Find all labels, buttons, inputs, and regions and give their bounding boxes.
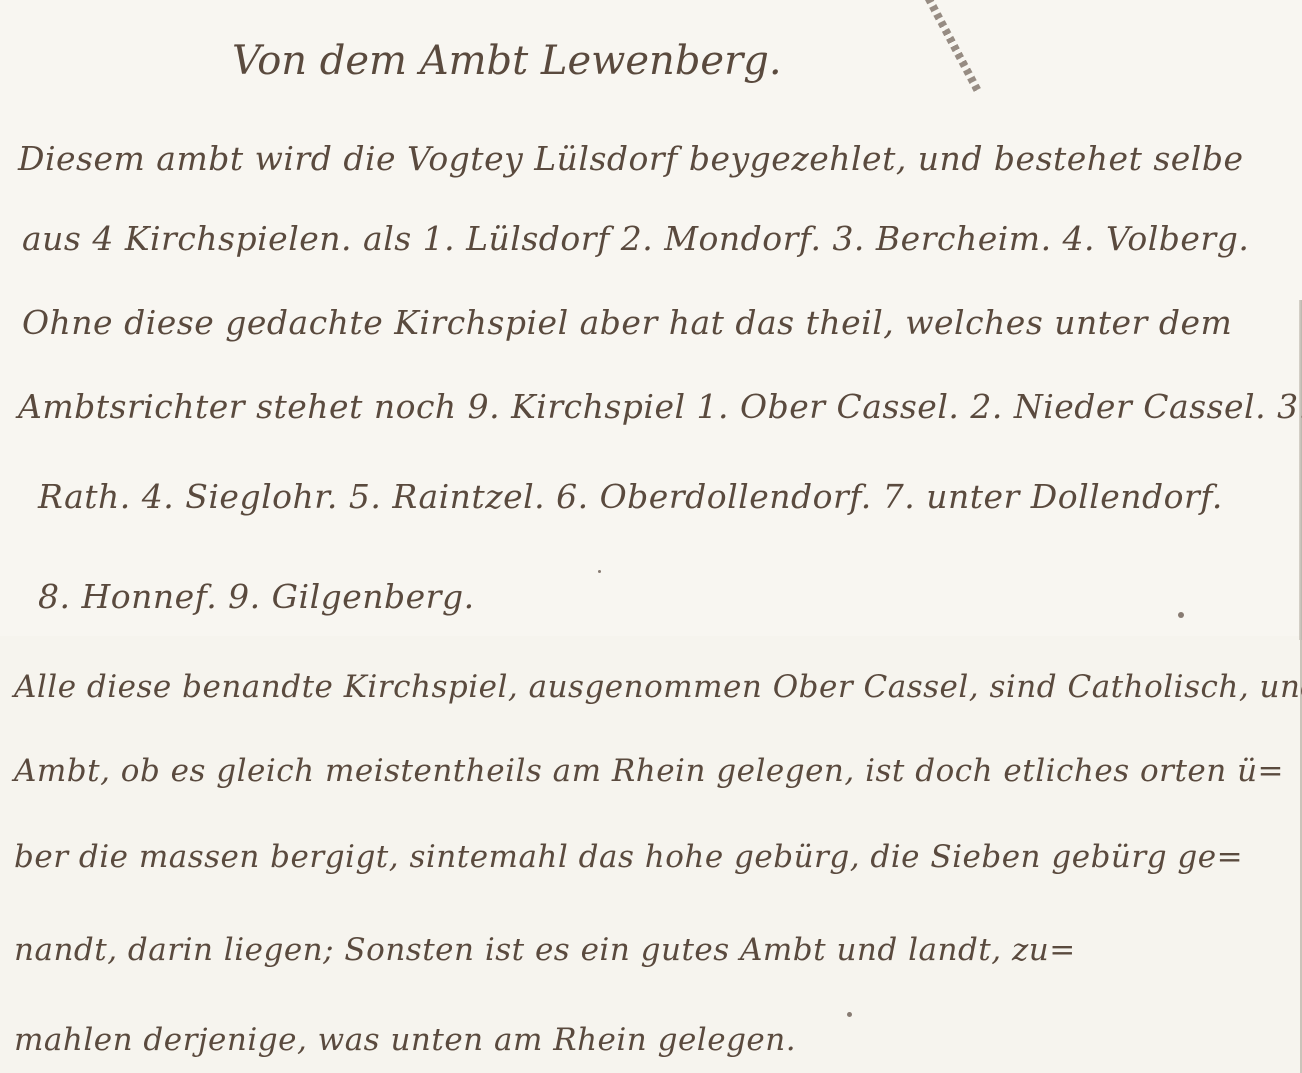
ink-speck <box>1178 612 1184 618</box>
ink-speck <box>847 1012 852 1017</box>
text-line: 8. Honnef. 9. Gilgenberg. <box>38 580 475 613</box>
text-line: mahlen derjenige, was unten am Rhein gel… <box>14 1025 796 1056</box>
text-line: ber die massen bergigt, sintemahl das ho… <box>14 842 1243 873</box>
text-line: Ambt, ob es gleich meistentheils am Rhei… <box>14 756 1284 787</box>
text-line: Diesem ambt wird die Vogtey Lülsdorf bey… <box>18 142 1244 175</box>
text-line: Ambtsrichter stehet noch 9. Kirchspiel 1… <box>18 390 1302 423</box>
ink-speck <box>598 570 601 573</box>
text-line: Alle diese benandte Kirchspiel, ausgenom… <box>14 672 1302 703</box>
manuscript-page: Von dem Ambt Lewenberg. Diesem ambt wird… <box>0 0 1302 1073</box>
document-title: Von dem Ambt Lewenberg. <box>232 38 782 84</box>
text-line: Ohne diese gedachte Kirchspiel aber hat … <box>22 306 1232 339</box>
text-line: Rath. 4. Sieglohr. 5. Raintzel. 6. Oberd… <box>38 480 1223 513</box>
text-line: aus 4 Kirchspielen. als 1. Lülsdorf 2. M… <box>22 222 1249 255</box>
text-line: nandt, darin liegen; Sonsten ist es ein … <box>14 935 1076 966</box>
